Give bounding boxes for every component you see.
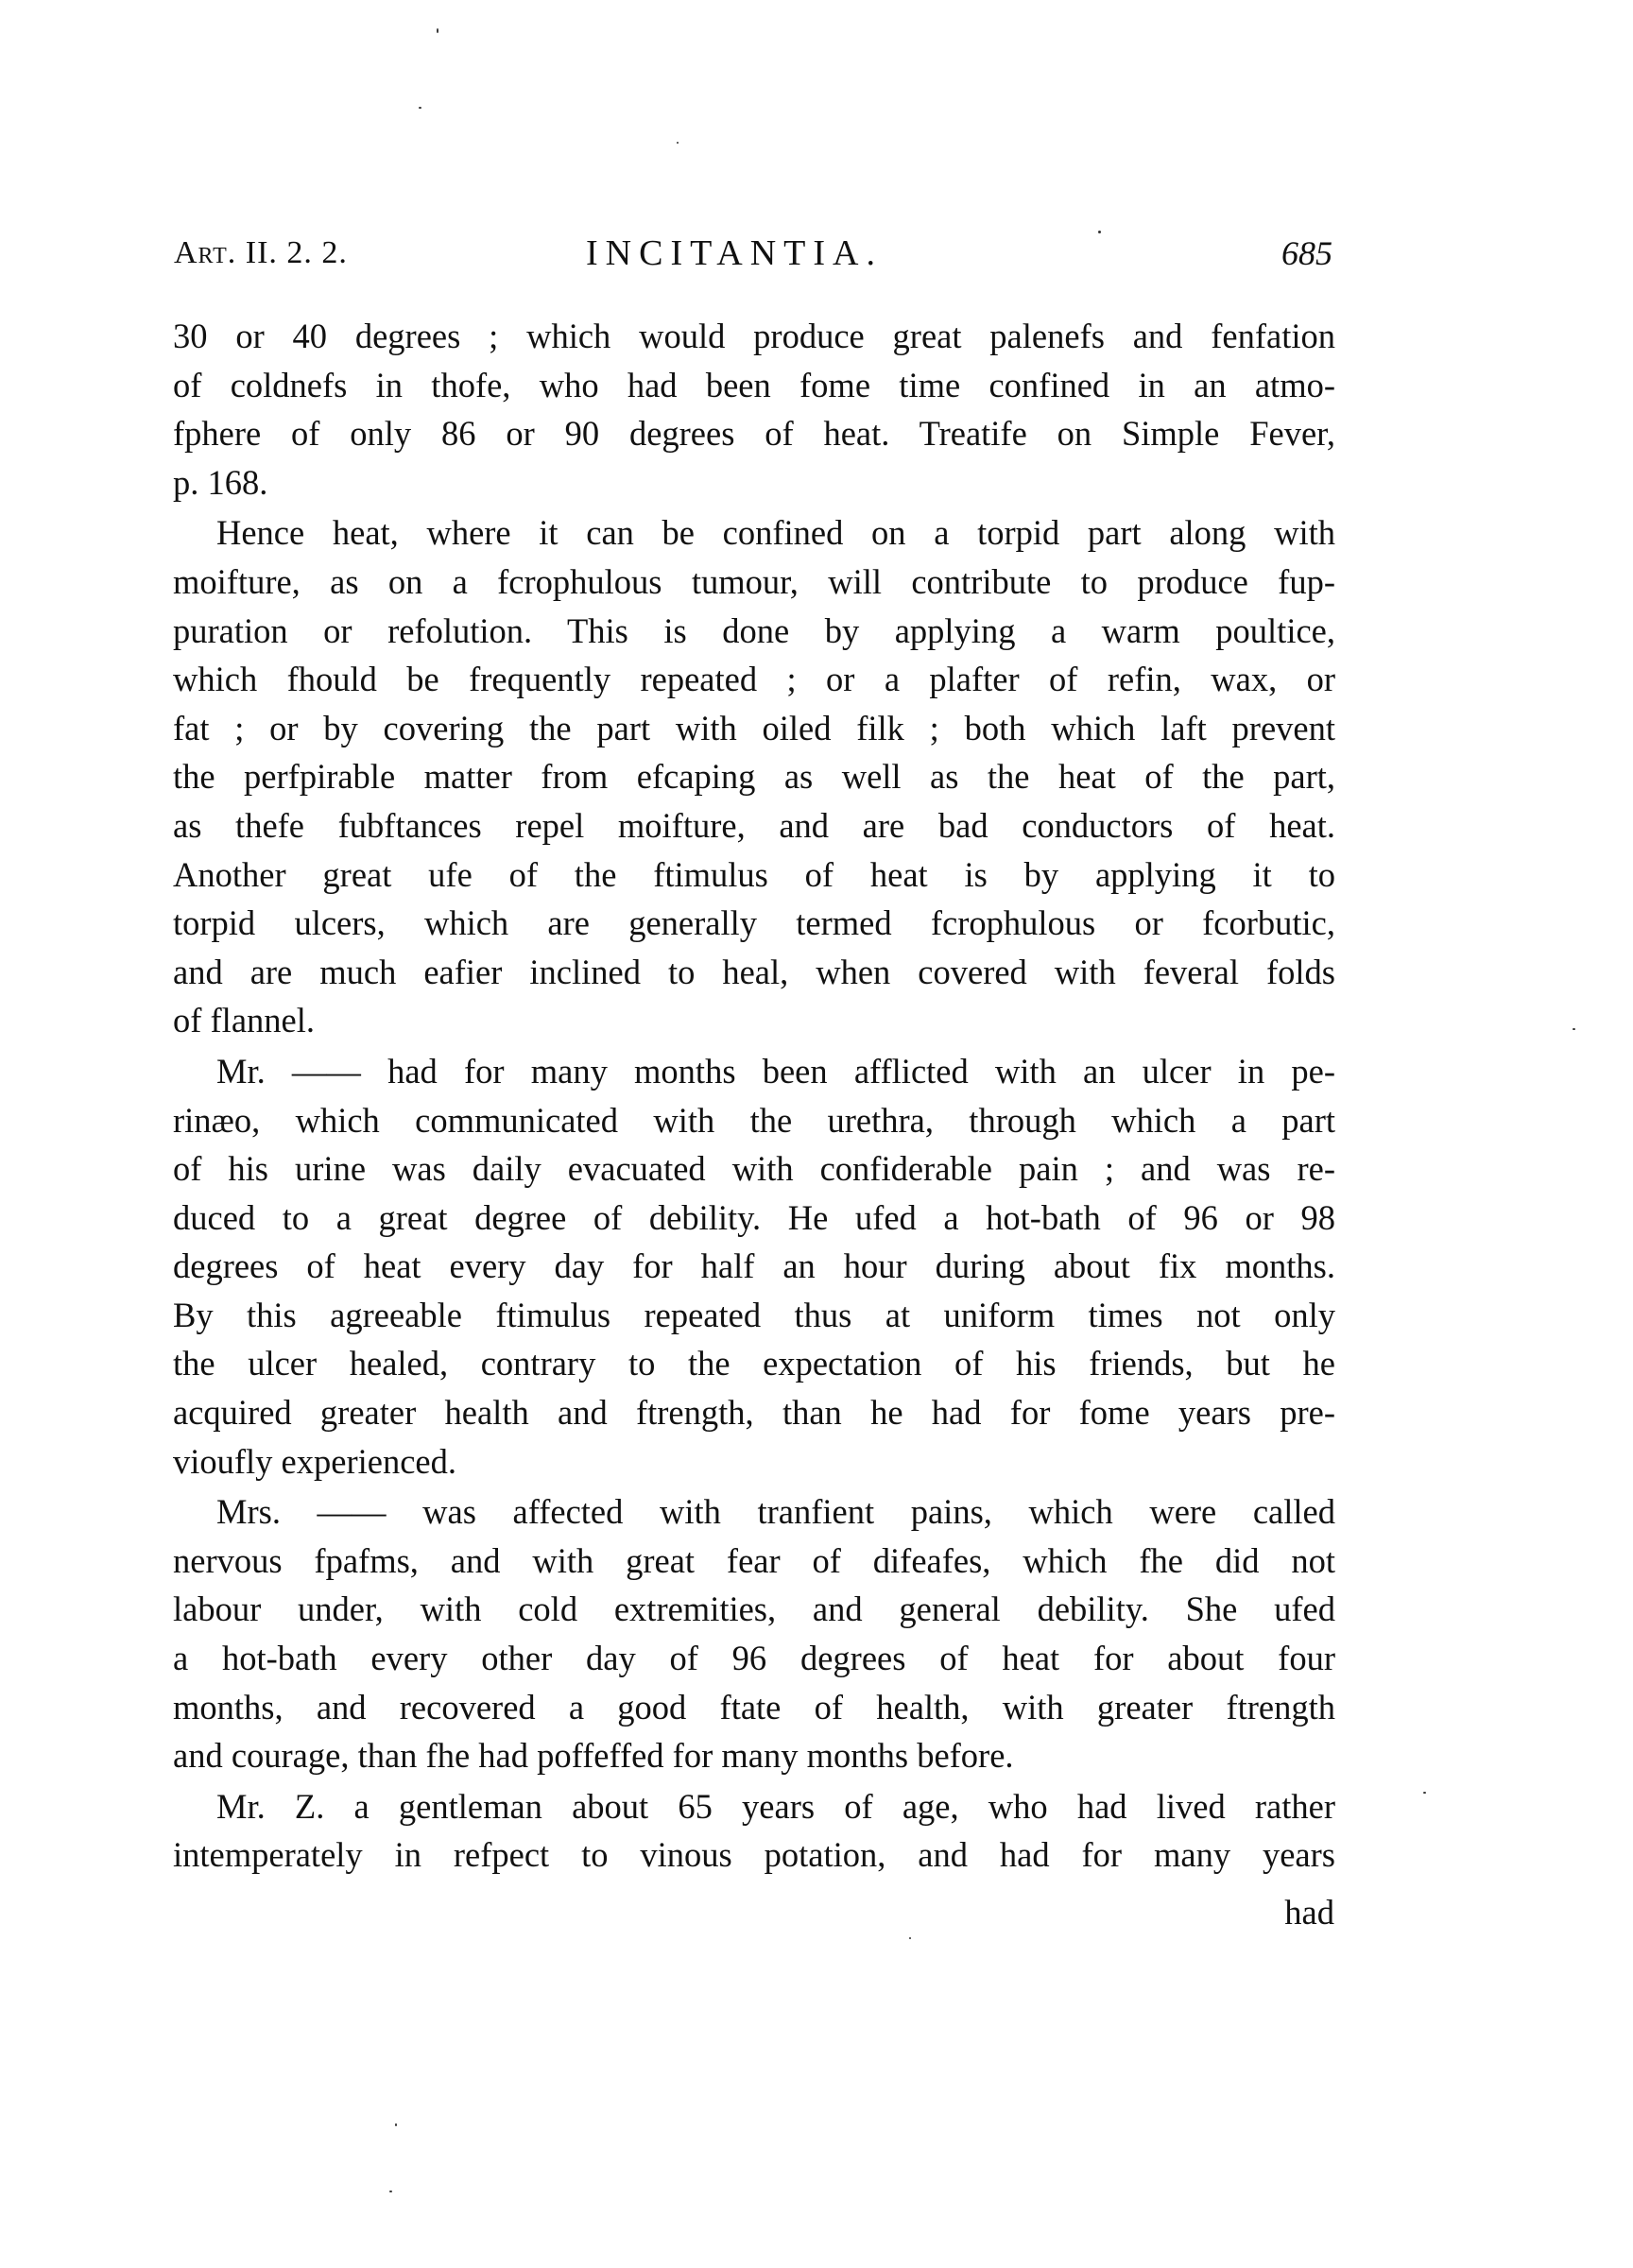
body-text: 30 or 40 degrees ; which would produce g…: [173, 312, 1335, 1880]
text-line: labour under, with cold extremities, and…: [173, 1585, 1335, 1634]
text-line: nervous fpafms, and with great fear of d…: [173, 1537, 1335, 1586]
text-line: a hot-bath every other day of 96 degrees…: [173, 1634, 1335, 1683]
text-line: the ulcer healed, contrary to the expect…: [173, 1339, 1335, 1388]
scan-speck: [677, 142, 679, 144]
text-line: Mr. —— had for many months been afflicte…: [173, 1047, 1335, 1096]
text-line: p. 168.: [173, 458, 1335, 507]
text-line: Another great ufe of the ftimulus of hea…: [173, 850, 1335, 900]
section-title: INCITANTIA.: [586, 232, 883, 274]
text-line: degrees of heat every day for half an ho…: [173, 1242, 1335, 1291]
scan-speck: [1098, 231, 1101, 233]
paragraph-case-mr-z: Mr. Z. a gentleman about 65 years of age…: [173, 1782, 1335, 1880]
text-line: rinæo, which communicated with the ureth…: [173, 1096, 1335, 1145]
text-line: of flannel.: [173, 996, 1335, 1045]
text-line: torpid ulcers, which are generally terme…: [173, 899, 1335, 948]
scan-speck: [389, 2191, 392, 2192]
text-line: 30 or 40 degrees ; which would produce g…: [173, 312, 1335, 361]
text-line: acquired greater health and ftrength, th…: [173, 1388, 1335, 1437]
text-line: Mrs. —— was affected with tranfient pain…: [173, 1487, 1335, 1537]
paragraph-case-mrs: Mrs. —— was affected with tranfient pain…: [173, 1487, 1335, 1780]
text-line: By this agreeable ftimulus repeated thus…: [173, 1291, 1335, 1340]
text-line: the perfpirable matter from efcaping as …: [173, 752, 1335, 801]
text-line: of his urine was daily evacuated with co…: [173, 1144, 1335, 1194]
running-head: Art. II. 2. 2. INCITANTIA. 685: [174, 232, 1336, 274]
book-page: Art. II. 2. 2. INCITANTIA. 685 30 or 40 …: [0, 0, 1633, 2268]
text-line: which fhould be frequently repeated ; or…: [173, 655, 1335, 704]
paragraph-case-mr: Mr. —— had for many months been afflicte…: [173, 1047, 1335, 1486]
text-line: fat ; or by covering the part with oiled…: [173, 704, 1335, 753]
page-number: 685: [1281, 232, 1332, 274]
text-line: Hence heat, where it can be confined on …: [173, 508, 1335, 558]
text-line: vioufly experienced.: [173, 1437, 1335, 1486]
scan-speck: [909, 1937, 911, 1939]
scan-speck: [395, 2123, 397, 2126]
scan-speck: [1573, 1028, 1575, 1030]
text-line: intemperately in refpect to vinous potat…: [173, 1830, 1335, 1880]
text-line: and are much eafier inclined to heal, wh…: [173, 948, 1335, 997]
scan-speck: [437, 28, 438, 33]
article-reference: Art. II. 2. 2.: [174, 232, 348, 274]
paragraph-heat-moisture: Hence heat, where it can be confined on …: [173, 508, 1335, 1045]
text-line: and courage, than fhe had poffeffed for …: [173, 1731, 1335, 1780]
text-line: duced to a great degree of debility. He …: [173, 1194, 1335, 1243]
scan-speck: [419, 107, 421, 109]
scan-speck: [1423, 1792, 1426, 1794]
text-line: moifture, as on a fcrophulous tumour, wi…: [173, 558, 1335, 607]
text-line: as thefe fubftances repel moifture, and …: [173, 801, 1335, 850]
text-line: of coldnefs in thofe, who had been fome …: [173, 361, 1335, 410]
text-line: Mr. Z. a gentleman about 65 years of age…: [173, 1782, 1335, 1831]
paragraph-continued: 30 or 40 degrees ; which would produce g…: [173, 312, 1335, 507]
text-line: fphere of only 86 or 90 degrees of heat.…: [173, 409, 1335, 458]
catchword: had: [1284, 1888, 1334, 1937]
text-line: months, and recovered a good ftate of he…: [173, 1683, 1335, 1732]
text-line: puration or refolution. This is done by …: [173, 607, 1335, 656]
